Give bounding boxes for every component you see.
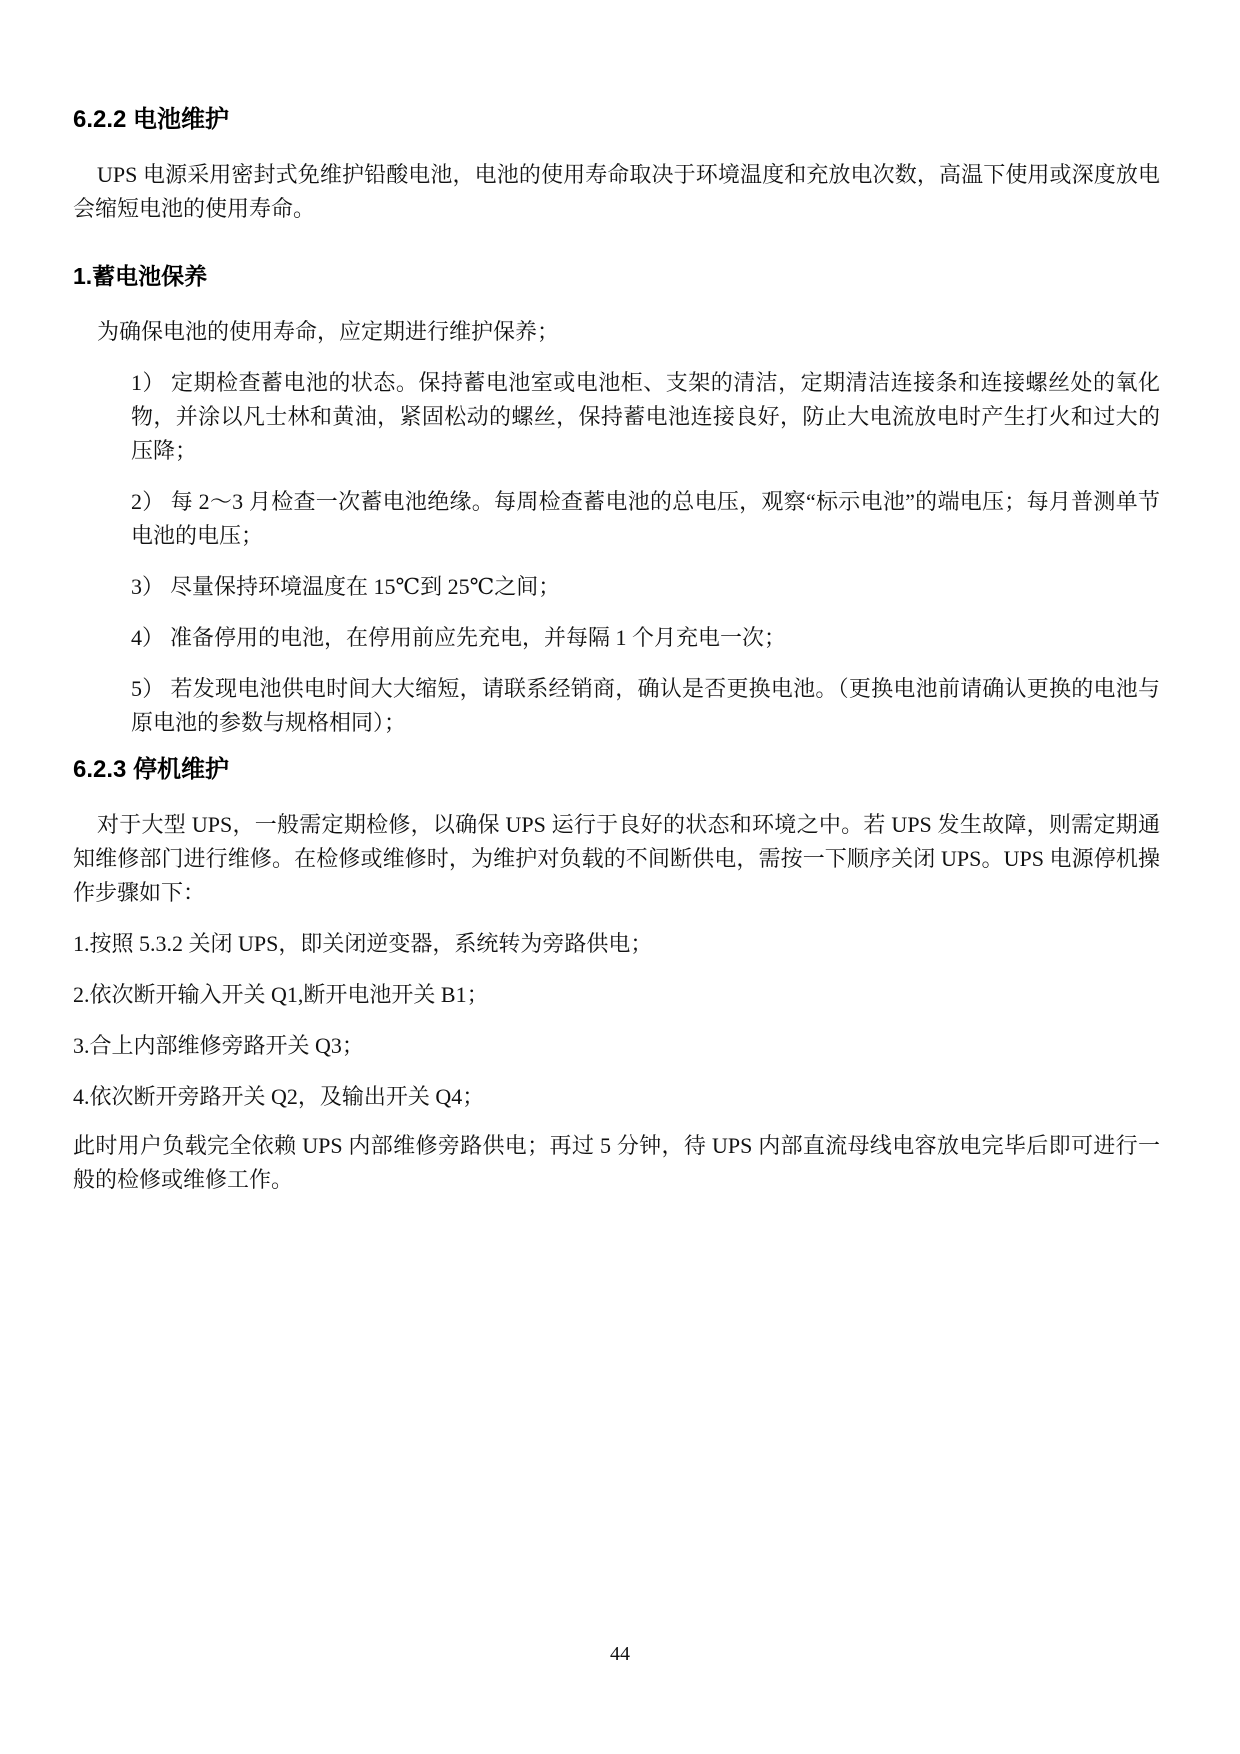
page-number: 44: [0, 1642, 1240, 1666]
shutdown-step: 4.依次断开旁路开关 Q2，及输出开关 Q4；: [73, 1080, 1160, 1114]
battery-care-list: 1）定期检查蓄电池的状态。保持蓄电池室或电池柜、支架的清洁，定期清洁连接条和连接…: [73, 366, 1160, 740]
shutdown-closing-paragraph: 此时用户负载完全依赖 UPS 内部维修旁路供电；再过 5 分钟，待 UPS 内部…: [73, 1129, 1160, 1197]
list-item-marker: 5）: [131, 676, 164, 701]
shutdown-step: 2.依次断开输入开关 Q1,断开电池开关 B1；: [73, 978, 1160, 1012]
list-item: 3）尽量保持环境温度在 15℃到 25℃之间；: [131, 570, 1160, 604]
list-item-text: 尽量保持环境温度在 15℃到 25℃之间；: [170, 574, 560, 599]
section-heading-battery-maintenance: 6.2.2 电池维护: [73, 105, 1160, 135]
list-item-marker: 2）: [131, 489, 165, 514]
document-page: 6.2.2 电池维护 UPS 电源采用密封式免维护铅酸电池，电池的使用寿命取决于…: [0, 0, 1240, 1754]
list-item: 1）定期检查蓄电池的状态。保持蓄电池室或电池柜、支架的清洁，定期清洁连接条和连接…: [131, 366, 1160, 468]
list-item-marker: 4）: [131, 625, 164, 650]
list-item-text: 若发现电池供电时间大大缩短，请联系经销商，确认是否更换电池。（更换电池前请确认更…: [131, 676, 1160, 735]
list-item-text: 定期检查蓄电池的状态。保持蓄电池室或电池柜、支架的清洁，定期清洁连接条和连接螺丝…: [131, 370, 1160, 463]
shutdown-step: 1.按照 5.3.2 关闭 UPS，即关闭逆变器，系统转为旁路供电；: [73, 927, 1160, 961]
list-item-text: 每 2～3 月检查一次蓄电池绝缘。每周检查蓄电池的总电压，观察“标示电池”的端电…: [131, 489, 1160, 548]
shutdown-maintenance-paragraph: 对于大型 UPS，一般需定期检修，以确保 UPS 运行于良好的状态和环境之中。若…: [73, 808, 1160, 910]
subheading-battery-care: 1.蓄电池保养: [73, 262, 1160, 290]
list-item: 4）准备停用的电池，在停用前应先充电，并每隔 1 个月充电一次；: [131, 621, 1160, 655]
battery-care-intro: 为确保电池的使用寿命，应定期进行维护保养；: [73, 315, 1160, 349]
list-item-marker: 3）: [131, 574, 164, 599]
list-item-text: 准备停用的电池，在停用前应先充电，并每隔 1 个月充电一次；: [170, 625, 786, 650]
list-item-marker: 1）: [131, 370, 165, 395]
list-item: 5）若发现电池供电时间大大缩短，请联系经销商，确认是否更换电池。（更换电池前请确…: [131, 672, 1160, 740]
shutdown-step: 3.合上内部维修旁路开关 Q3；: [73, 1029, 1160, 1063]
page-content: 6.2.2 电池维护 UPS 电源采用密封式免维护铅酸电池，电池的使用寿命取决于…: [0, 0, 1240, 1197]
list-item: 2）每 2～3 月检查一次蓄电池绝缘。每周检查蓄电池的总电压，观察“标示电池”的…: [131, 485, 1160, 553]
section-heading-shutdown-maintenance: 6.2.3 停机维护: [73, 755, 1160, 785]
battery-maintenance-paragraph: UPS 电源采用密封式免维护铅酸电池，电池的使用寿命取决于环境温度和充放电次数，…: [73, 158, 1160, 226]
